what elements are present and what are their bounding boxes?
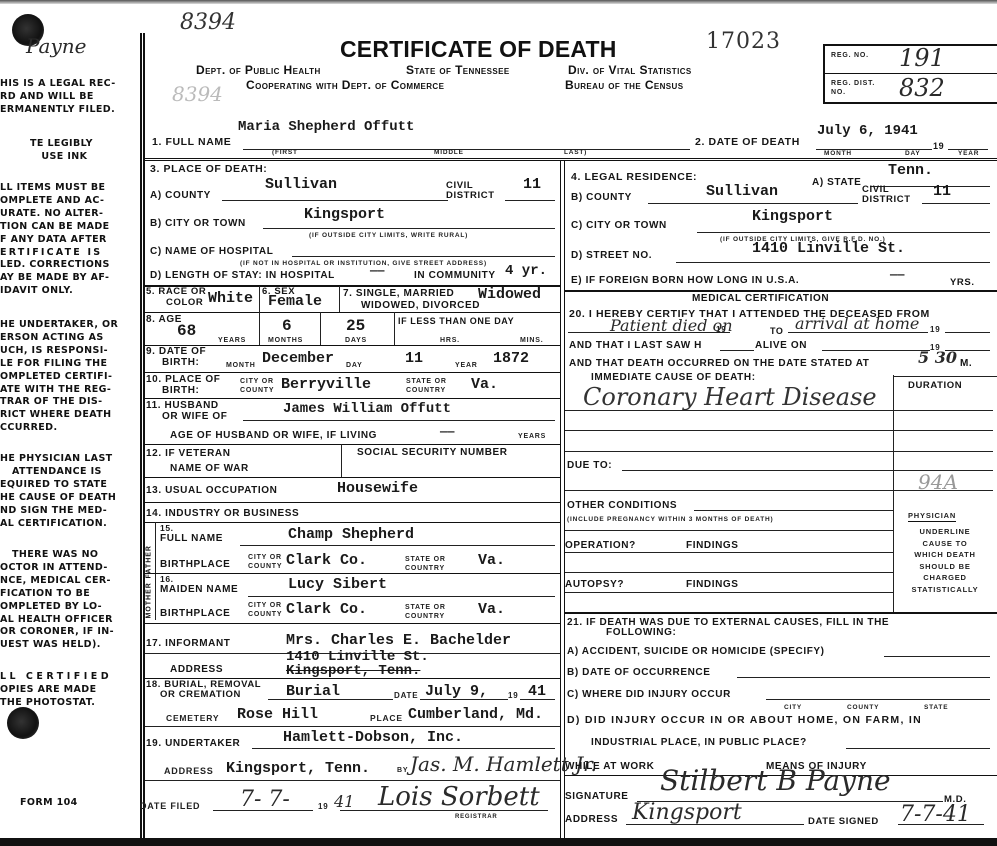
- certificate-number: 17023: [706, 29, 781, 54]
- registration-box: REG. NO. 191 REG. DIST. NO. 832: [823, 44, 997, 104]
- residence-state-label: A) STATE: [812, 177, 861, 188]
- autopsy-label: AUTOPSY?: [565, 579, 624, 590]
- corner-annotation: Payne: [26, 34, 87, 58]
- operation-label: OPERATION?: [565, 540, 636, 551]
- mother-city-value[interactable]: Clark Co.: [286, 601, 367, 618]
- residence-county-value[interactable]: Sullivan: [706, 183, 778, 200]
- death-occurred-label: AND THAT DEATH OCCURRED ON THE DATE STAT…: [569, 358, 870, 369]
- undertaker-address-value[interactable]: Kingsport, Tenn.: [226, 760, 370, 777]
- while-at-work-label: WHILE AT WORK: [565, 761, 654, 772]
- hospital-label: C) NAME OF HOSPITAL: [150, 246, 273, 257]
- length-of-stay-label: D) LENGTH OF STAY: IN HOSPITAL: [150, 270, 335, 281]
- father-state-value[interactable]: Va.: [478, 552, 505, 569]
- registrar-signature: Lois Sorbett: [378, 782, 540, 812]
- dob-day-label: DAY: [346, 362, 363, 369]
- center-divider: [560, 160, 565, 838]
- to-label: TO: [770, 326, 784, 336]
- place-label: PLACE: [370, 713, 403, 723]
- sub-day: DAY: [905, 150, 921, 157]
- spouse-age-value[interactable]: ——: [440, 425, 454, 439]
- sidebar-all-items: LL ITEMS MUST BE OMPLETE AND AC- URATE. …: [0, 182, 110, 298]
- by-label: BY: [397, 767, 408, 774]
- hrs-label: HRS.: [440, 337, 460, 344]
- sub-middle: MIDDLE: [434, 149, 464, 156]
- cemetery-label: CEMETERY: [166, 713, 219, 723]
- full-name-label: 1. FULL NAME: [152, 136, 231, 148]
- punch-hole-bottom: [7, 707, 39, 739]
- state-name: State of Tennessee: [406, 63, 510, 77]
- county-sub-label: COUNTY: [847, 704, 879, 711]
- form-left-border: [140, 33, 145, 845]
- father-city-value[interactable]: Clark Co.: [286, 552, 367, 569]
- veteran-label: 12. IF VETERANNAME OF WAR: [146, 446, 249, 476]
- pob-city-label: CITY ORCOUNTY: [240, 377, 274, 395]
- residence-civil-district-label: CIVILDISTRICT: [862, 185, 911, 205]
- death-city-note: (IF OUTSIDE CITY LIMITS, WRITE RURAL): [309, 232, 468, 239]
- mother-name-value[interactable]: Lucy Sibert: [288, 576, 387, 593]
- reg-no-value: 191: [899, 44, 945, 72]
- father-birthplace-label: BIRTHPLACE: [160, 559, 230, 570]
- signature-label: SIGNATURE: [565, 791, 629, 802]
- undertaker-label: 19. UNDERTAKER: [146, 738, 240, 749]
- division-name: Div. of Vital Statistics: [568, 63, 692, 77]
- bureau-text: Bureau of the Census: [565, 78, 683, 92]
- state-sub-label: STATE: [924, 704, 948, 711]
- sidebar-write-legibly: TE LEGIBLY USE INK: [30, 138, 93, 164]
- informant-label: 17. INFORMANT: [146, 638, 230, 649]
- burial-date-label: DATE: [394, 691, 418, 700]
- scan-top-edge: [0, 0, 997, 4]
- attended-to-value[interactable]: arrival at home: [795, 314, 919, 333]
- reg-no-label: REG. NO.: [831, 51, 871, 60]
- sidebar-undertaker: HE UNDERTAKER, OR ERSON ACTING AS UCH, I…: [0, 319, 118, 435]
- burial-year-value[interactable]: 41: [528, 683, 546, 700]
- date-signed-label: DATE SIGNED: [808, 816, 879, 827]
- race-value[interactable]: White: [208, 290, 253, 307]
- burial-value[interactable]: Burial: [286, 683, 340, 700]
- cemetery-value[interactable]: Rose Hill: [237, 706, 318, 723]
- residence-city-label: C) CITY OR TOWN: [571, 220, 667, 231]
- undertaker-address-label: ADDRESS: [164, 766, 214, 776]
- days-label: DAYS: [345, 337, 367, 344]
- immediate-cause-label: IMMEDIATE CAUSE OF DEATH:: [591, 372, 756, 383]
- injury-place-label: D) DID INJURY OCCUR IN OR ABOUT HOME, ON…: [567, 714, 922, 726]
- race-label: 5. RACE ORCOLOR: [146, 286, 206, 308]
- residence-state-value[interactable]: Tenn.: [888, 162, 933, 179]
- scan-bottom-edge: [0, 838, 997, 846]
- sidebar-certified-copies: LL CERTIFIED OPIES ARE MADE THE PHOTOSTA…: [0, 671, 112, 710]
- alive-on-label: ALIVE ON: [755, 340, 807, 351]
- duration-label: DURATION: [908, 380, 962, 391]
- death-county-value[interactable]: Sullivan: [265, 176, 337, 193]
- age-days-value[interactable]: 25: [346, 317, 365, 335]
- handwritten-file-number: 8394: [180, 10, 236, 35]
- ssn-label: SOCIAL SECURITY NUMBER: [357, 447, 508, 458]
- yrs-label: YRS.: [950, 277, 975, 288]
- years-label: YEARS: [218, 337, 246, 344]
- age-years-value[interactable]: 68: [177, 322, 196, 340]
- foreign-born-value[interactable]: ——: [890, 268, 904, 282]
- mother-side-label: MOTHER: [146, 589, 153, 619]
- full-name-value[interactable]: Maria Shepherd Offutt: [238, 119, 414, 135]
- mins-label: MINS.: [520, 337, 543, 344]
- dob-year-label: YEAR: [455, 362, 478, 369]
- occupation-value[interactable]: Housewife: [337, 480, 418, 497]
- physician-signature: Stilbert B Payne: [660, 764, 891, 797]
- city-sub-label: CITY: [784, 704, 802, 711]
- reg-dist-label: REG. DIST. NO.: [831, 79, 881, 97]
- date-of-death-value[interactable]: July 6, 1941: [817, 123, 918, 139]
- filed-year-value[interactable]: 41: [334, 792, 354, 811]
- date-of-death-label: 2. DATE OF DEATH: [695, 136, 800, 148]
- mother-num: 16.: [160, 574, 174, 584]
- mother-state-label: STATE ORCOUNTRY: [405, 603, 446, 621]
- place-of-death-label: 3. PLACE OF DEATH:: [150, 163, 267, 175]
- foreign-born-label: E) IF FOREIGN BORN HOW LONG IN U.S.A.: [571, 275, 799, 286]
- accident-label: A) ACCIDENT, SUICIDE OR HOMICIDE (SPECIF…: [567, 646, 825, 657]
- cooperating-text: Cooperating with Dept. of Commerce: [246, 78, 444, 92]
- form-number: FORM 104: [20, 797, 78, 810]
- father-city-label: CITY ORCOUNTY: [248, 553, 282, 571]
- spouse-label: 11. HUSBANDOR WIFE OF: [146, 400, 227, 422]
- place-value[interactable]: Cumberland, Md.: [408, 706, 543, 723]
- physician-note-title: PHYSICIAN: [908, 511, 956, 522]
- sub-first: (FIRST: [272, 149, 298, 156]
- father-num: 15.: [160, 523, 174, 533]
- death-year-prefix: 19: [933, 141, 944, 151]
- informant-address-value[interactable]: 1410 Linville St.Kingsport, Tenn.: [286, 650, 429, 678]
- death-city-label: B) CITY OR TOWN: [150, 218, 246, 229]
- death-district-value[interactable]: 11: [523, 176, 541, 193]
- mother-city-label: CITY ORCOUNTY: [248, 601, 282, 619]
- burial-year-prefix: 19: [508, 691, 519, 700]
- mother-birthplace-label: BIRTHPLACE: [160, 608, 230, 619]
- community-label: IN COMMUNITY: [414, 270, 496, 281]
- pob-city-value[interactable]: Berryville: [281, 376, 371, 393]
- injury-where-label: C) WHERE DID INJURY OCCUR: [567, 689, 731, 700]
- physician-address-label: ADDRESS: [565, 814, 618, 825]
- due-to-label: DUE TO:: [567, 460, 612, 471]
- dob-month-label: MONTH: [226, 362, 256, 369]
- marital-label: 7. SINGLE, MARRIEDWIDOWED, DIVORCED: [343, 288, 480, 312]
- dob-day-value[interactable]: 11: [405, 350, 423, 367]
- occupation-label: 13. USUAL OCCUPATION: [146, 485, 277, 496]
- residence-city-value[interactable]: Kingsport: [752, 208, 833, 225]
- item21-following: FOLLOWING:: [606, 627, 676, 638]
- industry-label: 14. INDUSTRY OR BUSINESS: [146, 508, 299, 519]
- medical-certification-title: MEDICAL CERTIFICATION: [692, 293, 829, 304]
- informant-value[interactable]: Mrs. Charles E. Bachelder: [286, 632, 511, 649]
- pob-label: 10. PLACE OFBIRTH:: [146, 374, 220, 396]
- sidebar-physician: HE PHYSICIAN LAST ATTENDANCE IS EQUIRED …: [0, 453, 116, 530]
- father-state-label: STATE ORCOUNTRY: [405, 555, 446, 573]
- less-than-day-label: IF LESS THAN ONE DAY: [398, 316, 514, 326]
- date-filed-value[interactable]: 7- 7-: [240, 787, 290, 812]
- age-months-value[interactable]: 6: [282, 317, 292, 335]
- burial-label: 18. BURIAL, REMOVALOR CREMATION: [146, 680, 261, 700]
- time-of-death-value[interactable]: 5 30: [918, 348, 957, 367]
- from-year-prefix: 19: [716, 325, 727, 334]
- sidebar-legal-record: HIS IS A LEGAL REC- RD AND WILL BE ERMAN…: [0, 78, 116, 117]
- legal-residence-label: 4. LEGAL RESIDENCE:: [571, 171, 697, 183]
- date-occurrence-label: B) DATE OF OCCURRENCE: [567, 667, 711, 678]
- physician-address-value[interactable]: Kingsport: [632, 800, 742, 825]
- death-civil-district-label: CIVILDISTRICT: [446, 181, 495, 201]
- pob-state-label: STATE ORCOUNTRY: [406, 377, 447, 395]
- sub-last: LAST): [564, 149, 587, 156]
- operation-findings-label: FINDINGS: [686, 540, 739, 551]
- reg-dist-value: 832: [899, 74, 945, 102]
- filed-year-prefix: 19: [318, 802, 329, 811]
- spouse-years-label: YEARS: [518, 433, 546, 440]
- other-conditions-label: OTHER CONDITIONS: [567, 500, 677, 511]
- residence-district-value[interactable]: 11: [933, 183, 951, 200]
- handwritten-file-number-faded: 8394: [172, 82, 223, 106]
- spouse-value[interactable]: James William Offutt: [283, 401, 451, 417]
- community-value[interactable]: 4 yr.: [505, 263, 547, 279]
- informant-address-label: ADDRESS: [170, 664, 223, 675]
- dob-month-value[interactable]: December: [262, 350, 334, 367]
- code-annotation: 94A: [918, 470, 958, 494]
- undertaker-value[interactable]: Hamlett-Dobson, Inc.: [283, 729, 463, 746]
- sub-month: MONTH: [824, 150, 852, 157]
- mother-name-label: MAIDEN NAME: [160, 584, 238, 595]
- death-city-value[interactable]: Kingsport: [304, 206, 385, 223]
- date-filed-label: DATE FILED: [138, 801, 200, 811]
- other-conditions-note: (INCLUDE PREGNANCY WITHIN 3 MONTHS OF DE…: [567, 516, 774, 523]
- father-side-label: FATHER: [146, 549, 153, 579]
- time-suffix: M.: [960, 358, 972, 369]
- immediate-cause-value[interactable]: Coronary Heart Disease: [583, 383, 877, 411]
- marital-value[interactable]: Widowed: [478, 286, 541, 303]
- physician-note: UNDERLINE CAUSE TO WHICH DEATH SHOULD BE…: [897, 526, 993, 595]
- certificate-title: CERTIFICATE OF DEATH: [340, 36, 617, 63]
- street-value[interactable]: 1410 Linville St.: [752, 240, 905, 257]
- dept-public-health: Dept. of Public Health: [196, 63, 321, 77]
- street-label: D) STREET NO.: [571, 250, 652, 261]
- injury-place-label-2: INDUSTRIAL PLACE, IN PUBLIC PLACE?: [591, 737, 807, 748]
- burial-date-value[interactable]: July 9,: [425, 683, 488, 700]
- sex-value[interactable]: Female: [268, 293, 322, 310]
- hospital-stay-value[interactable]: ——: [370, 264, 384, 278]
- death-county-label: A) COUNTY: [150, 190, 211, 201]
- registrar-label: REGISTRAR: [455, 814, 498, 820]
- hospital-note: (IF NOT IN HOSPITAL OR INSTITUTION, GIVE…: [240, 260, 487, 267]
- last-saw-label: AND THAT I LAST SAW H: [569, 340, 702, 351]
- spouse-age-label: AGE OF HUSBAND OR WIFE, IF LIVING: [170, 430, 377, 441]
- pob-state-value[interactable]: Va.: [471, 376, 498, 393]
- months-label: MONTHS: [268, 337, 303, 344]
- sidebar-no-doctor: THERE WAS NO OCTOR IN ATTEND- NCE, MEDIC…: [0, 549, 114, 652]
- residence-county-label: B) COUNTY: [571, 192, 632, 203]
- father-name-label: FULL NAME: [160, 533, 223, 544]
- sub-year: YEAR: [958, 150, 979, 157]
- dob-label: 9. DATE OFBIRTH:: [146, 346, 206, 368]
- to-year-prefix: 19: [930, 325, 941, 334]
- mother-state-value[interactable]: Va.: [478, 601, 505, 618]
- autopsy-findings-label: FINDINGS: [686, 579, 739, 590]
- dob-year-value[interactable]: 1872: [493, 350, 529, 367]
- father-name-value[interactable]: Champ Shepherd: [288, 526, 414, 543]
